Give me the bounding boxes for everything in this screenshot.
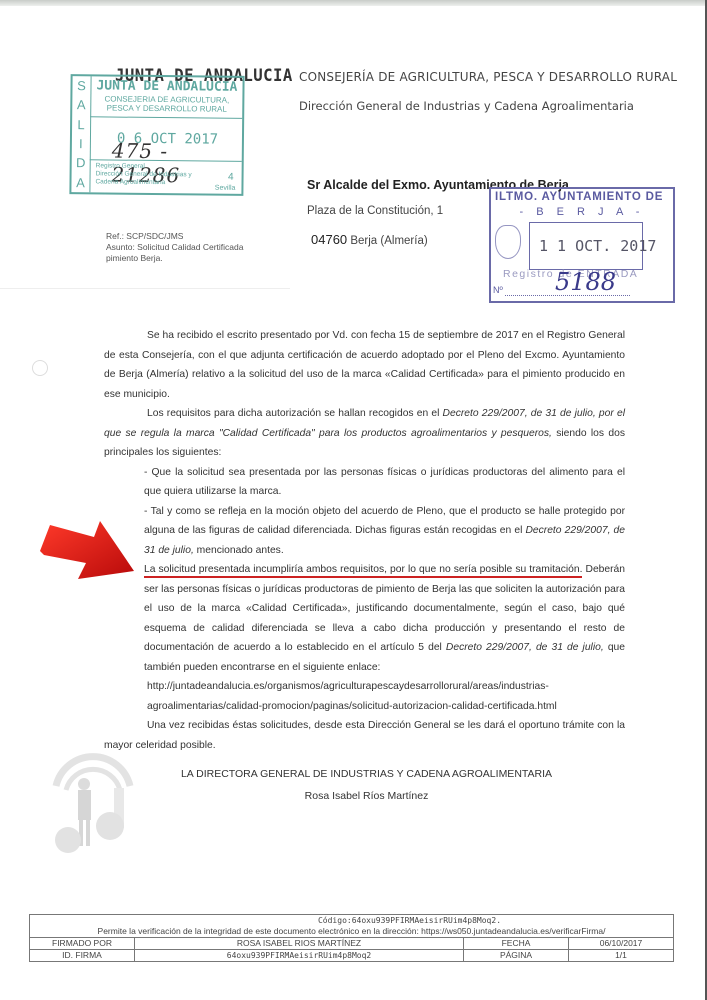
postal-code: 04760 <box>311 232 347 247</box>
signature-verification-table: Código:64oxu939PFIRMAeisirRUim4p8Moq2. P… <box>29 914 674 962</box>
red-arrow-icon <box>38 513 138 583</box>
stamp-berja-date: 1 1 OCT. 2017 <box>539 237 656 255</box>
firmado-por-label: FIRMADO POR <box>30 938 135 950</box>
reference-code: Ref.: SCP/SDC/JMS <box>106 231 244 242</box>
link-line-2[interactable]: agroalimentarias/calidad-promocion/pagin… <box>104 697 625 717</box>
id-firma-label: ID. FIRMA <box>30 950 135 962</box>
highlighted-sentence: La solicitud presentada incumpliría ambo… <box>144 564 582 578</box>
reference-subject: Asunto: Solicitud Calidad Certificada <box>106 242 244 253</box>
stamp-berja-line1: ILTMO. AYUNTAMIENTO DE <box>495 191 663 203</box>
pagina-value: 1/1 <box>569 950 674 962</box>
paragraph-4: Una vez recibidas éstas solicitudes, des… <box>104 716 625 755</box>
stamp-number: 4 <box>228 172 234 183</box>
direccion-heading: Dirección General de Industrias y Cadena… <box>299 99 634 113</box>
stamp-side-letters: S A L I D A <box>71 76 91 192</box>
scan-top-edge <box>0 0 707 6</box>
paragraph-1: Se ha recibido el escrito presentado por… <box>104 326 625 404</box>
punch-hole-mark <box>32 360 48 376</box>
divider <box>0 288 290 289</box>
consejeria-heading: CONSEJERÍA DE AGRICULTURA, PESCA Y DESAR… <box>299 70 677 84</box>
link-line-1[interactable]: http://juntadeandalucia.es/organismos/ag… <box>104 677 625 697</box>
stamp-berja-number: 5188 <box>555 268 616 296</box>
reference-block: Ref.: SCP/SDC/JMS Asunto: Solicitud Cali… <box>106 231 244 264</box>
letter-body: Se ha recibido el escrito presentado por… <box>104 326 625 755</box>
verification-text: Permite la verificación de la integridad… <box>30 926 674 938</box>
requirement-2: - Tal y como se refleja en la moción obj… <box>104 502 625 561</box>
stamp-berja-line2: - B E R J A - <box>491 206 673 218</box>
paragraph-2: Los requisitos para dicha autorización s… <box>104 404 625 463</box>
id-firma-value: 64oxu939PFIRMAeisirRUim4p8Moq2 <box>135 950 464 962</box>
signature-title: LA DIRECTORA GENERAL DE INDUSTRIAS Y CAD… <box>0 768 707 780</box>
stamp-salida: S A L I D A JUNTA DE ANDALUCIA CONSEJERI… <box>69 74 244 196</box>
fecha-value: 06/10/2017 <box>569 938 674 950</box>
stamp-subtitle: CONSEJERIA DE AGRICULTURA, PESCA Y DESAR… <box>94 94 239 114</box>
stamp-city: Sevilla <box>215 185 236 192</box>
reference-subject-cont: pimiento Berja. <box>106 253 244 264</box>
city-name: Berja (Almería) <box>350 235 427 247</box>
stamp-berja: ILTMO. AYUNTAMIENTO DE - B E R J A - 1 1… <box>489 187 675 303</box>
paragraph-3: La solicitud presentada incumpliría ambo… <box>104 560 625 677</box>
crest-icon <box>495 225 521 259</box>
signature-name: Rosa Isabel Ríos Martínez <box>0 790 707 802</box>
pagina-label: PÁGINA <box>464 950 569 962</box>
requirement-1: - Que la solicitud sea presentada por la… <box>104 463 625 502</box>
firmado-por-value: ROSA ISABEL RIOS MARTÍNEZ <box>135 938 464 950</box>
stamp-footer: Registro General Dirección General de In… <box>95 162 191 187</box>
stamp-title: JUNTA DE ANDALUCIA <box>96 78 237 94</box>
verification-code: Código:64oxu939PFIRMAeisirRUim4p8Moq2. <box>30 915 674 927</box>
stamp-berja-no-label: Nº <box>493 285 503 295</box>
recipient-address: Plaza de la Constitución, 1 <box>307 205 443 217</box>
fecha-label: FECHA <box>464 938 569 950</box>
recipient-city: 04760 Berja (Almería) <box>311 232 428 247</box>
